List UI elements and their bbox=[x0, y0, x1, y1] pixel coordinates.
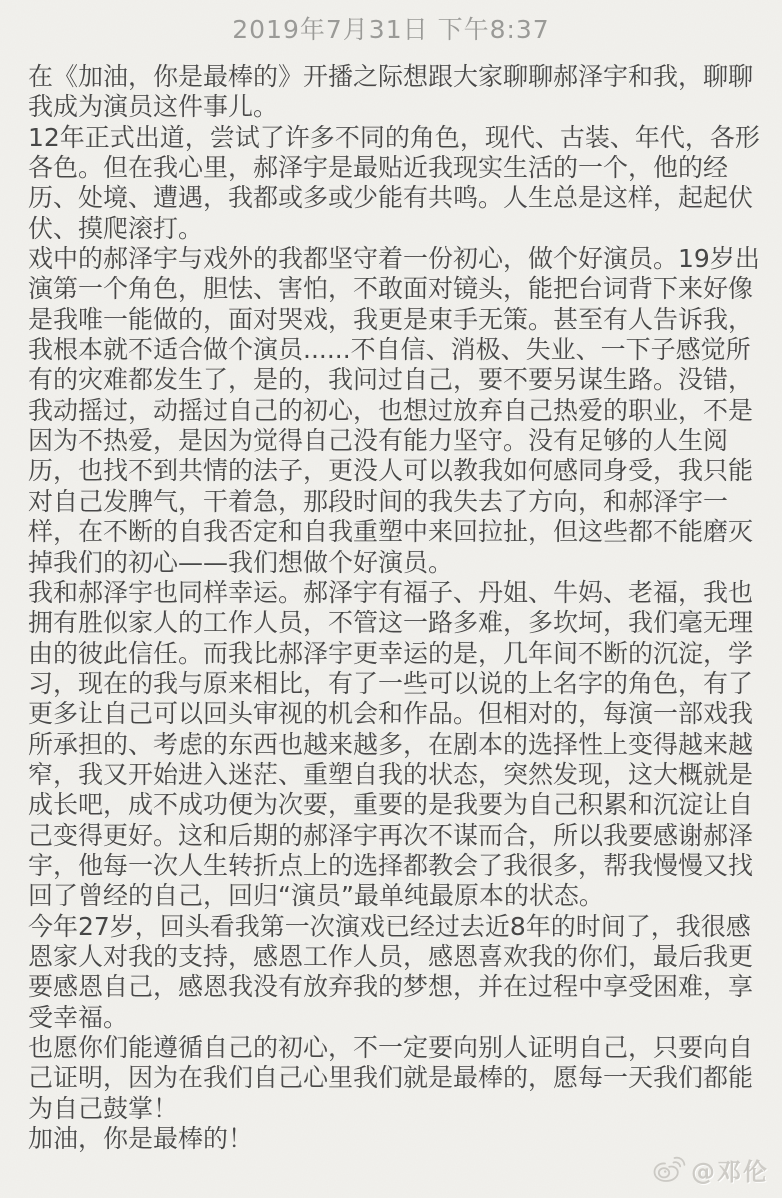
text-line: 掉我们的初心——我们想做个好演员。 bbox=[28, 548, 754, 578]
text-line: 己证明，因为在我们自己心里我们就是最棒的，愿每一天我们都能 bbox=[28, 1063, 754, 1093]
text-line: 拥有胜似家人的工作人员，不管这一路多难，多坎坷，我们毫无理 bbox=[28, 608, 754, 638]
text-line: 我成为演员这件事儿。 bbox=[28, 92, 754, 122]
text-line: 今年27岁，回头看我第一次演戏已经过去近8年的时间了，我很感 bbox=[28, 912, 754, 942]
text-line: 因为不热爱，是因为觉得自己没有能力坚守。没有足够的人生阅 bbox=[28, 426, 754, 456]
post-timestamp: 2019年7月31日 下午8:37 bbox=[0, 0, 782, 47]
text-line: 在《加油，你是最棒的》开播之际想跟大家聊聊郝泽宇和我，聊聊 bbox=[28, 62, 754, 92]
text-line: 各色。但在我心里，郝泽宇是最贴近我现实生活的一个，他的经 bbox=[28, 153, 754, 183]
paragraph: 戏中的郝泽宇与戏外的我都坚守着一份初心，做个好演员。19岁出演第一个角色，胆怯、… bbox=[28, 244, 754, 578]
text-line: 12年正式出道，尝试了许多不同的角色，现代、古装、年代，各形 bbox=[28, 123, 754, 153]
text-line: 历，也找不到共情的法子，更没人可以教我如何感同身受，我只能 bbox=[28, 456, 754, 486]
text-line: 受幸福。 bbox=[28, 1003, 754, 1033]
text-line: 习，现在的我与原来相比，有了一些可以说的上名字的角色，有了 bbox=[28, 669, 754, 699]
text-line: 对自己发脾气，干着急，那段时间的我失去了方向，和郝泽宇一 bbox=[28, 487, 754, 517]
text-line: 是我唯一能做的，面对哭戏，我更是束手无策。甚至有人告诉我， bbox=[28, 305, 754, 335]
text-line: 己变得更好。这和后期的郝泽宇再次不谋而合，所以我要感谢郝泽 bbox=[28, 821, 754, 851]
text-line: 更多让自己可以回头审视的机会和作品。但相对的，每演一部戏我 bbox=[28, 699, 754, 729]
paragraph: 今年27岁，回头看我第一次演戏已经过去近8年的时间了，我很感恩家人对我的支持，感… bbox=[28, 912, 754, 1033]
paragraph: 在《加油，你是最棒的》开播之际想跟大家聊聊郝泽宇和我，聊聊我成为演员这件事儿。 bbox=[28, 62, 754, 123]
text-line: 成长吧，成不成功便为次要，重要的是我要为自己积累和沉淀让自 bbox=[28, 790, 754, 820]
text-line: 演第一个角色，胆怯、害怕，不敢面对镜头，能把台词背下来好像 bbox=[28, 274, 754, 304]
text-line: 我根本就不适合做个演员......不自信、消极、失业、一下子感觉所 bbox=[28, 335, 754, 365]
paragraph: 12年正式出道，尝试了许多不同的角色，现代、古装、年代，各形各色。但在我心里，郝… bbox=[28, 123, 754, 244]
paragraph: 我和郝泽宇也同样幸运。郝泽宇有福子、丹姐、牛妈、老福，我也拥有胜似家人的工作人员… bbox=[28, 578, 754, 912]
post-body: 在《加油，你是最棒的》开播之际想跟大家聊聊郝泽宇和我，聊聊我成为演员这件事儿。1… bbox=[0, 62, 782, 1154]
text-line: 有的灾难都发生了，是的，我问过自己，要不要另谋生路。没错， bbox=[28, 365, 754, 395]
text-line: 所承担的、考虑的东西也越来越多，在剧本的选择性上变得越来越 bbox=[28, 730, 754, 760]
text-line: 历、处境、遭遇，我都或多或少能有共鸣。人生总是这样，起起伏 bbox=[28, 183, 754, 213]
text-line: 宇，他每一次人生转折点上的选择都教会了我很多，帮我慢慢又找 bbox=[28, 851, 754, 881]
text-line: 样，在不断的自我否定和自我重塑中来回拉扯，但这些都不能磨灭 bbox=[28, 517, 754, 547]
watermark: @邓伦 bbox=[651, 1152, 769, 1187]
paragraph: 加油，你是最棒的！ bbox=[28, 1124, 754, 1154]
watermark-handle: @邓伦 bbox=[691, 1152, 769, 1187]
text-line: 我和郝泽宇也同样幸运。郝泽宇有福子、丹姐、牛妈、老福，我也 bbox=[28, 578, 754, 608]
text-line: 戏中的郝泽宇与戏外的我都坚守着一份初心，做个好演员。19岁出 bbox=[28, 244, 754, 274]
paragraph: 也愿你们能遵循自己的初心，不一定要向别人证明自己，只要向自己证明，因为在我们自己… bbox=[28, 1033, 754, 1124]
text-line: 要感恩自己，感恩我没有放弃我的梦想，并在过程中享受困难，享 bbox=[28, 972, 754, 1002]
text-line: 伏、摸爬滚打。 bbox=[28, 214, 754, 244]
text-line: 也愿你们能遵循自己的初心，不一定要向别人证明自己，只要向自 bbox=[28, 1033, 754, 1063]
text-line: 窄，我又开始进入迷茫、重塑自我的状态，突然发现，这大概就是 bbox=[28, 760, 754, 790]
text-line: 我动摇过，动摇过自己的初心，也想过放弃自己热爱的职业，不是 bbox=[28, 396, 754, 426]
text-line: 由的彼此信任。而我比郝泽宇更幸运的是，几年间不断的沉淀，学 bbox=[28, 639, 754, 669]
text-line: 回了曾经的自己，回归“演员”最单纯最原本的状态。 bbox=[28, 881, 754, 911]
note-page: 2019年7月31日 下午8:37 在《加油，你是最棒的》开播之际想跟大家聊聊郝… bbox=[0, 0, 782, 1154]
text-line: 恩家人对我的支持，感恩工作人员，感恩喜欢我的你们，最后我更 bbox=[28, 942, 754, 972]
text-line: 加油，你是最棒的！ bbox=[28, 1124, 754, 1154]
text-line: 为自己鼓掌！ bbox=[28, 1094, 754, 1124]
weibo-logo-icon bbox=[651, 1154, 686, 1185]
